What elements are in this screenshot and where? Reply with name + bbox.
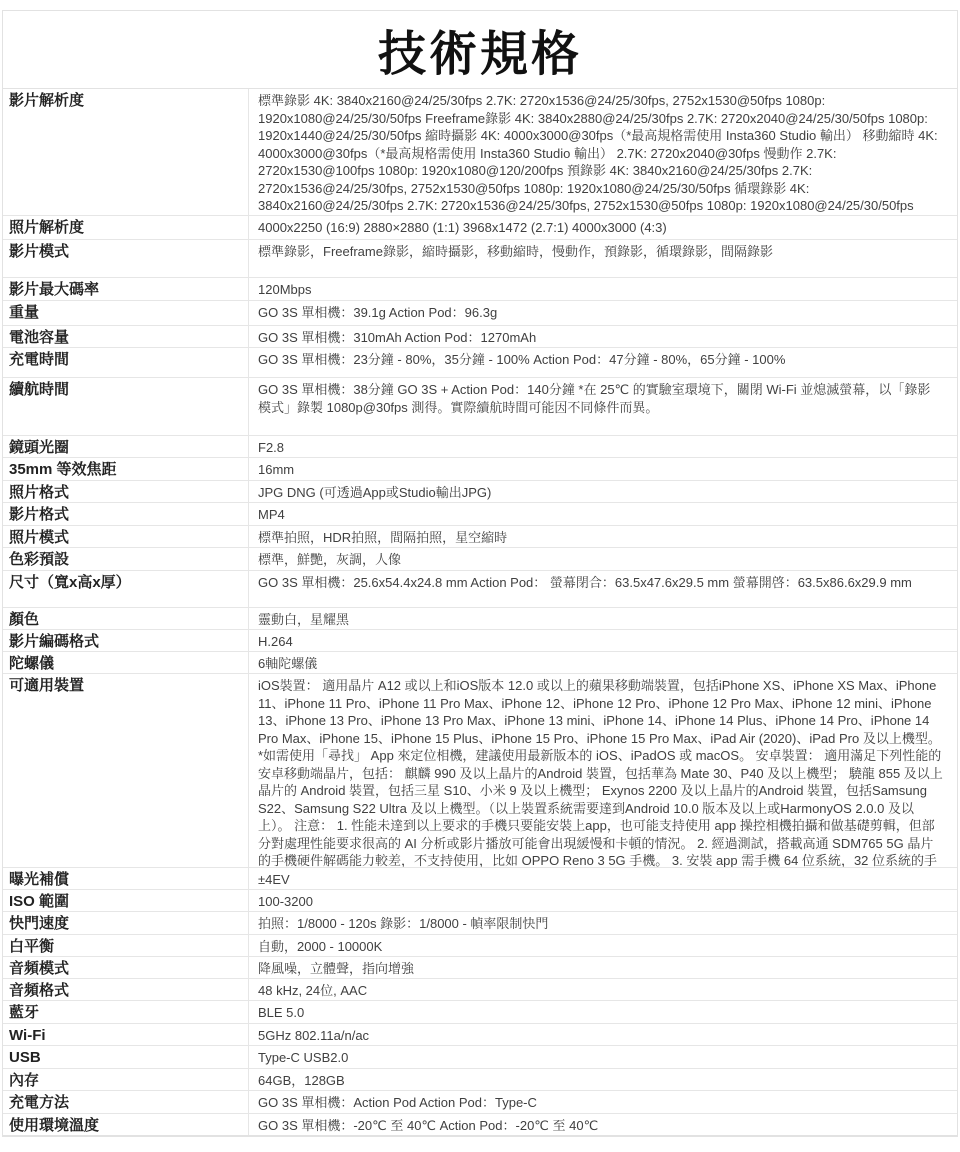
- spec-label: 照片解析度: [3, 216, 249, 239]
- spec-row: 照片解析度 4000x2250 (16:9) 2880×2880 (1:1) 3…: [3, 216, 957, 240]
- spec-row: 鏡頭光圈 F2.8: [3, 436, 957, 458]
- spec-row: 照片模式 標準拍照，HDR拍照，間隔拍照，星空縮時: [3, 526, 957, 548]
- spec-row: 色彩預設 標準，鮮艷，灰調，人像: [3, 548, 957, 571]
- spec-value: 4000x2250 (16:9) 2880×2880 (1:1) 3968x14…: [249, 216, 957, 239]
- spec-value: GO 3S 單相機：23分鐘 - 80%，35分鐘 - 100% Action …: [249, 348, 957, 377]
- spec-row: 尺寸（寬x高x厚） GO 3S 單相機：25.6x54.4x24.8 mm Ac…: [3, 571, 957, 608]
- spec-row: 續航時間 GO 3S 單相機：38分鐘 GO 3S + Action Pod：1…: [3, 378, 957, 436]
- spec-label: 顏色: [3, 608, 249, 629]
- spec-value: JPG DNG (可透過App或Studio輸出JPG): [249, 481, 957, 502]
- spec-row: 影片編碼格式 H.264: [3, 630, 957, 652]
- spec-value: 降風噪，立體聲，指向增強: [249, 957, 957, 978]
- spec-value: 靈動白，星耀黑: [249, 608, 957, 629]
- spec-value: 64GB，128GB: [249, 1069, 957, 1090]
- spec-value: BLE 5.0: [249, 1001, 957, 1023]
- spec-label: 充電時間: [3, 348, 249, 377]
- spec-label: 陀螺儀: [3, 652, 249, 673]
- spec-row: 電池容量 GO 3S 單相機：310mAh Action Pod：1270mAh: [3, 326, 957, 348]
- spec-row: 影片解析度 標準錄影 4K: 3840x2160@24/25/30fps 2.7…: [3, 89, 957, 216]
- spec-rows: 影片解析度 標準錄影 4K: 3840x2160@24/25/30fps 2.7…: [3, 89, 957, 1136]
- spec-value: 標準拍照，HDR拍照，間隔拍照，星空縮時: [249, 526, 957, 547]
- spec-label: 使用環境溫度: [3, 1114, 249, 1135]
- spec-value: 16mm: [249, 458, 957, 480]
- spec-row: USB Type-C USB2.0: [3, 1046, 957, 1069]
- spec-label: 藍牙: [3, 1001, 249, 1023]
- spec-row: 影片格式 MP4: [3, 503, 957, 526]
- spec-label: 內存: [3, 1069, 249, 1090]
- spec-label: 音頻模式: [3, 957, 249, 978]
- spec-label: 音頻格式: [3, 979, 249, 1000]
- spec-value: GO 3S 單相機：310mAh Action Pod：1270mAh: [249, 326, 957, 347]
- spec-row: 使用環境溫度 GO 3S 單相機：-20℃ 至 40℃ Action Pod：-…: [3, 1114, 957, 1136]
- spec-label: Wi-Fi: [3, 1024, 249, 1045]
- spec-label: 鏡頭光圈: [3, 436, 249, 457]
- spec-row: 白平衡 自動，2000 - 10000K: [3, 935, 957, 957]
- spec-label: 充電方法: [3, 1091, 249, 1113]
- spec-value: ±4EV: [249, 868, 957, 889]
- spec-row: 充電方法 GO 3S 單相機：Action Pod Action Pod：Typ…: [3, 1091, 957, 1114]
- spec-row: ISO 範圍 100-3200: [3, 890, 957, 912]
- spec-row: 重量 GO 3S 單相機：39.1g Action Pod：96.3g: [3, 301, 957, 326]
- spec-row: 音頻模式 降風噪，立體聲，指向增強: [3, 957, 957, 979]
- spec-label: 影片格式: [3, 503, 249, 525]
- spec-value: GO 3S 單相機：-20℃ 至 40℃ Action Pod：-20℃ 至 4…: [249, 1114, 957, 1135]
- spec-value: 48 kHz, 24位, AAC: [249, 979, 957, 1000]
- spec-label: 照片格式: [3, 481, 249, 502]
- spec-value: 標準錄影 4K: 3840x2160@24/25/30fps 2.7K: 272…: [249, 89, 957, 215]
- spec-row: Wi-Fi 5GHz 802.11a/n/ac: [3, 1024, 957, 1046]
- spec-row: 照片格式 JPG DNG (可透過App或Studio輸出JPG): [3, 481, 957, 503]
- spec-label: 快門速度: [3, 912, 249, 934]
- spec-row: 快門速度 拍照：1/8000 - 120s 錄影：1/8000 - 幀率限制快門: [3, 912, 957, 935]
- spec-label: 尺寸（寬x高x厚）: [3, 571, 249, 607]
- spec-label: 色彩預設: [3, 548, 249, 570]
- spec-value: 5GHz 802.11a/n/ac: [249, 1024, 957, 1045]
- page-title: 技術規格: [3, 11, 957, 89]
- spec-label: 影片編碼格式: [3, 630, 249, 651]
- spec-row: 陀螺儀 6軸陀螺儀: [3, 652, 957, 674]
- spec-label: ISO 範圍: [3, 890, 249, 911]
- spec-value: 6軸陀螺儀: [249, 652, 957, 673]
- spec-label: 續航時間: [3, 378, 249, 435]
- spec-label: 白平衡: [3, 935, 249, 956]
- spec-label: USB: [3, 1046, 249, 1068]
- spec-label: 影片解析度: [3, 89, 249, 215]
- spec-label: 影片模式: [3, 240, 249, 277]
- spec-row: 35mm 等效焦距 16mm: [3, 458, 957, 481]
- spec-label: 照片模式: [3, 526, 249, 547]
- spec-value: GO 3S 單相機：Action Pod Action Pod：Type-C: [249, 1091, 957, 1113]
- spec-table: 技術規格 影片解析度 標準錄影 4K: 3840x2160@24/25/30fp…: [2, 10, 958, 1137]
- spec-value: F2.8: [249, 436, 957, 457]
- spec-label: 可適用裝置: [3, 674, 249, 867]
- spec-value: GO 3S 單相機：25.6x54.4x24.8 mm Action Pod： …: [249, 571, 957, 607]
- spec-label: 電池容量: [3, 326, 249, 347]
- spec-row: 充電時間 GO 3S 單相機：23分鐘 - 80%，35分鐘 - 100% Ac…: [3, 348, 957, 378]
- spec-label: 35mm 等效焦距: [3, 458, 249, 480]
- spec-row: 影片模式 標準錄影，Freeframe錄影，縮時攝影，移動縮時，慢動作，預錄影，…: [3, 240, 957, 278]
- spec-row: 藍牙 BLE 5.0: [3, 1001, 957, 1024]
- spec-row: 曝光補償 ±4EV: [3, 868, 957, 890]
- spec-value: GO 3S 單相機：39.1g Action Pod：96.3g: [249, 301, 957, 325]
- spec-value: 自動，2000 - 10000K: [249, 935, 957, 956]
- spec-value: 標準，鮮艷，灰調，人像: [249, 548, 957, 570]
- spec-row: 影片最大碼率 120Mbps: [3, 278, 957, 301]
- spec-value: 拍照：1/8000 - 120s 錄影：1/8000 - 幀率限制快門: [249, 912, 957, 934]
- spec-label: 重量: [3, 301, 249, 325]
- spec-value: 標準錄影，Freeframe錄影，縮時攝影，移動縮時，慢動作，預錄影，循環錄影，…: [249, 240, 957, 277]
- spec-label: 曝光補償: [3, 868, 249, 889]
- spec-row: 可適用裝置 iOS裝置： 適用晶片 A12 或以上和iOS版本 12.0 或以上…: [3, 674, 957, 868]
- spec-row: 內存 64GB，128GB: [3, 1069, 957, 1091]
- spec-value: MP4: [249, 503, 957, 525]
- spec-value: GO 3S 單相機：38分鐘 GO 3S + Action Pod：140分鐘 …: [249, 378, 957, 435]
- spec-row: 音頻格式 48 kHz, 24位, AAC: [3, 979, 957, 1001]
- spec-value: H.264: [249, 630, 957, 651]
- spec-value: 120Mbps: [249, 278, 957, 300]
- spec-row: 顏色 靈動白，星耀黑: [3, 608, 957, 630]
- spec-value: Type-C USB2.0: [249, 1046, 957, 1068]
- spec-value: 100-3200: [249, 890, 957, 911]
- spec-label: 影片最大碼率: [3, 278, 249, 300]
- spec-value: iOS裝置： 適用晶片 A12 或以上和iOS版本 12.0 或以上的蘋果移動端…: [249, 674, 957, 867]
